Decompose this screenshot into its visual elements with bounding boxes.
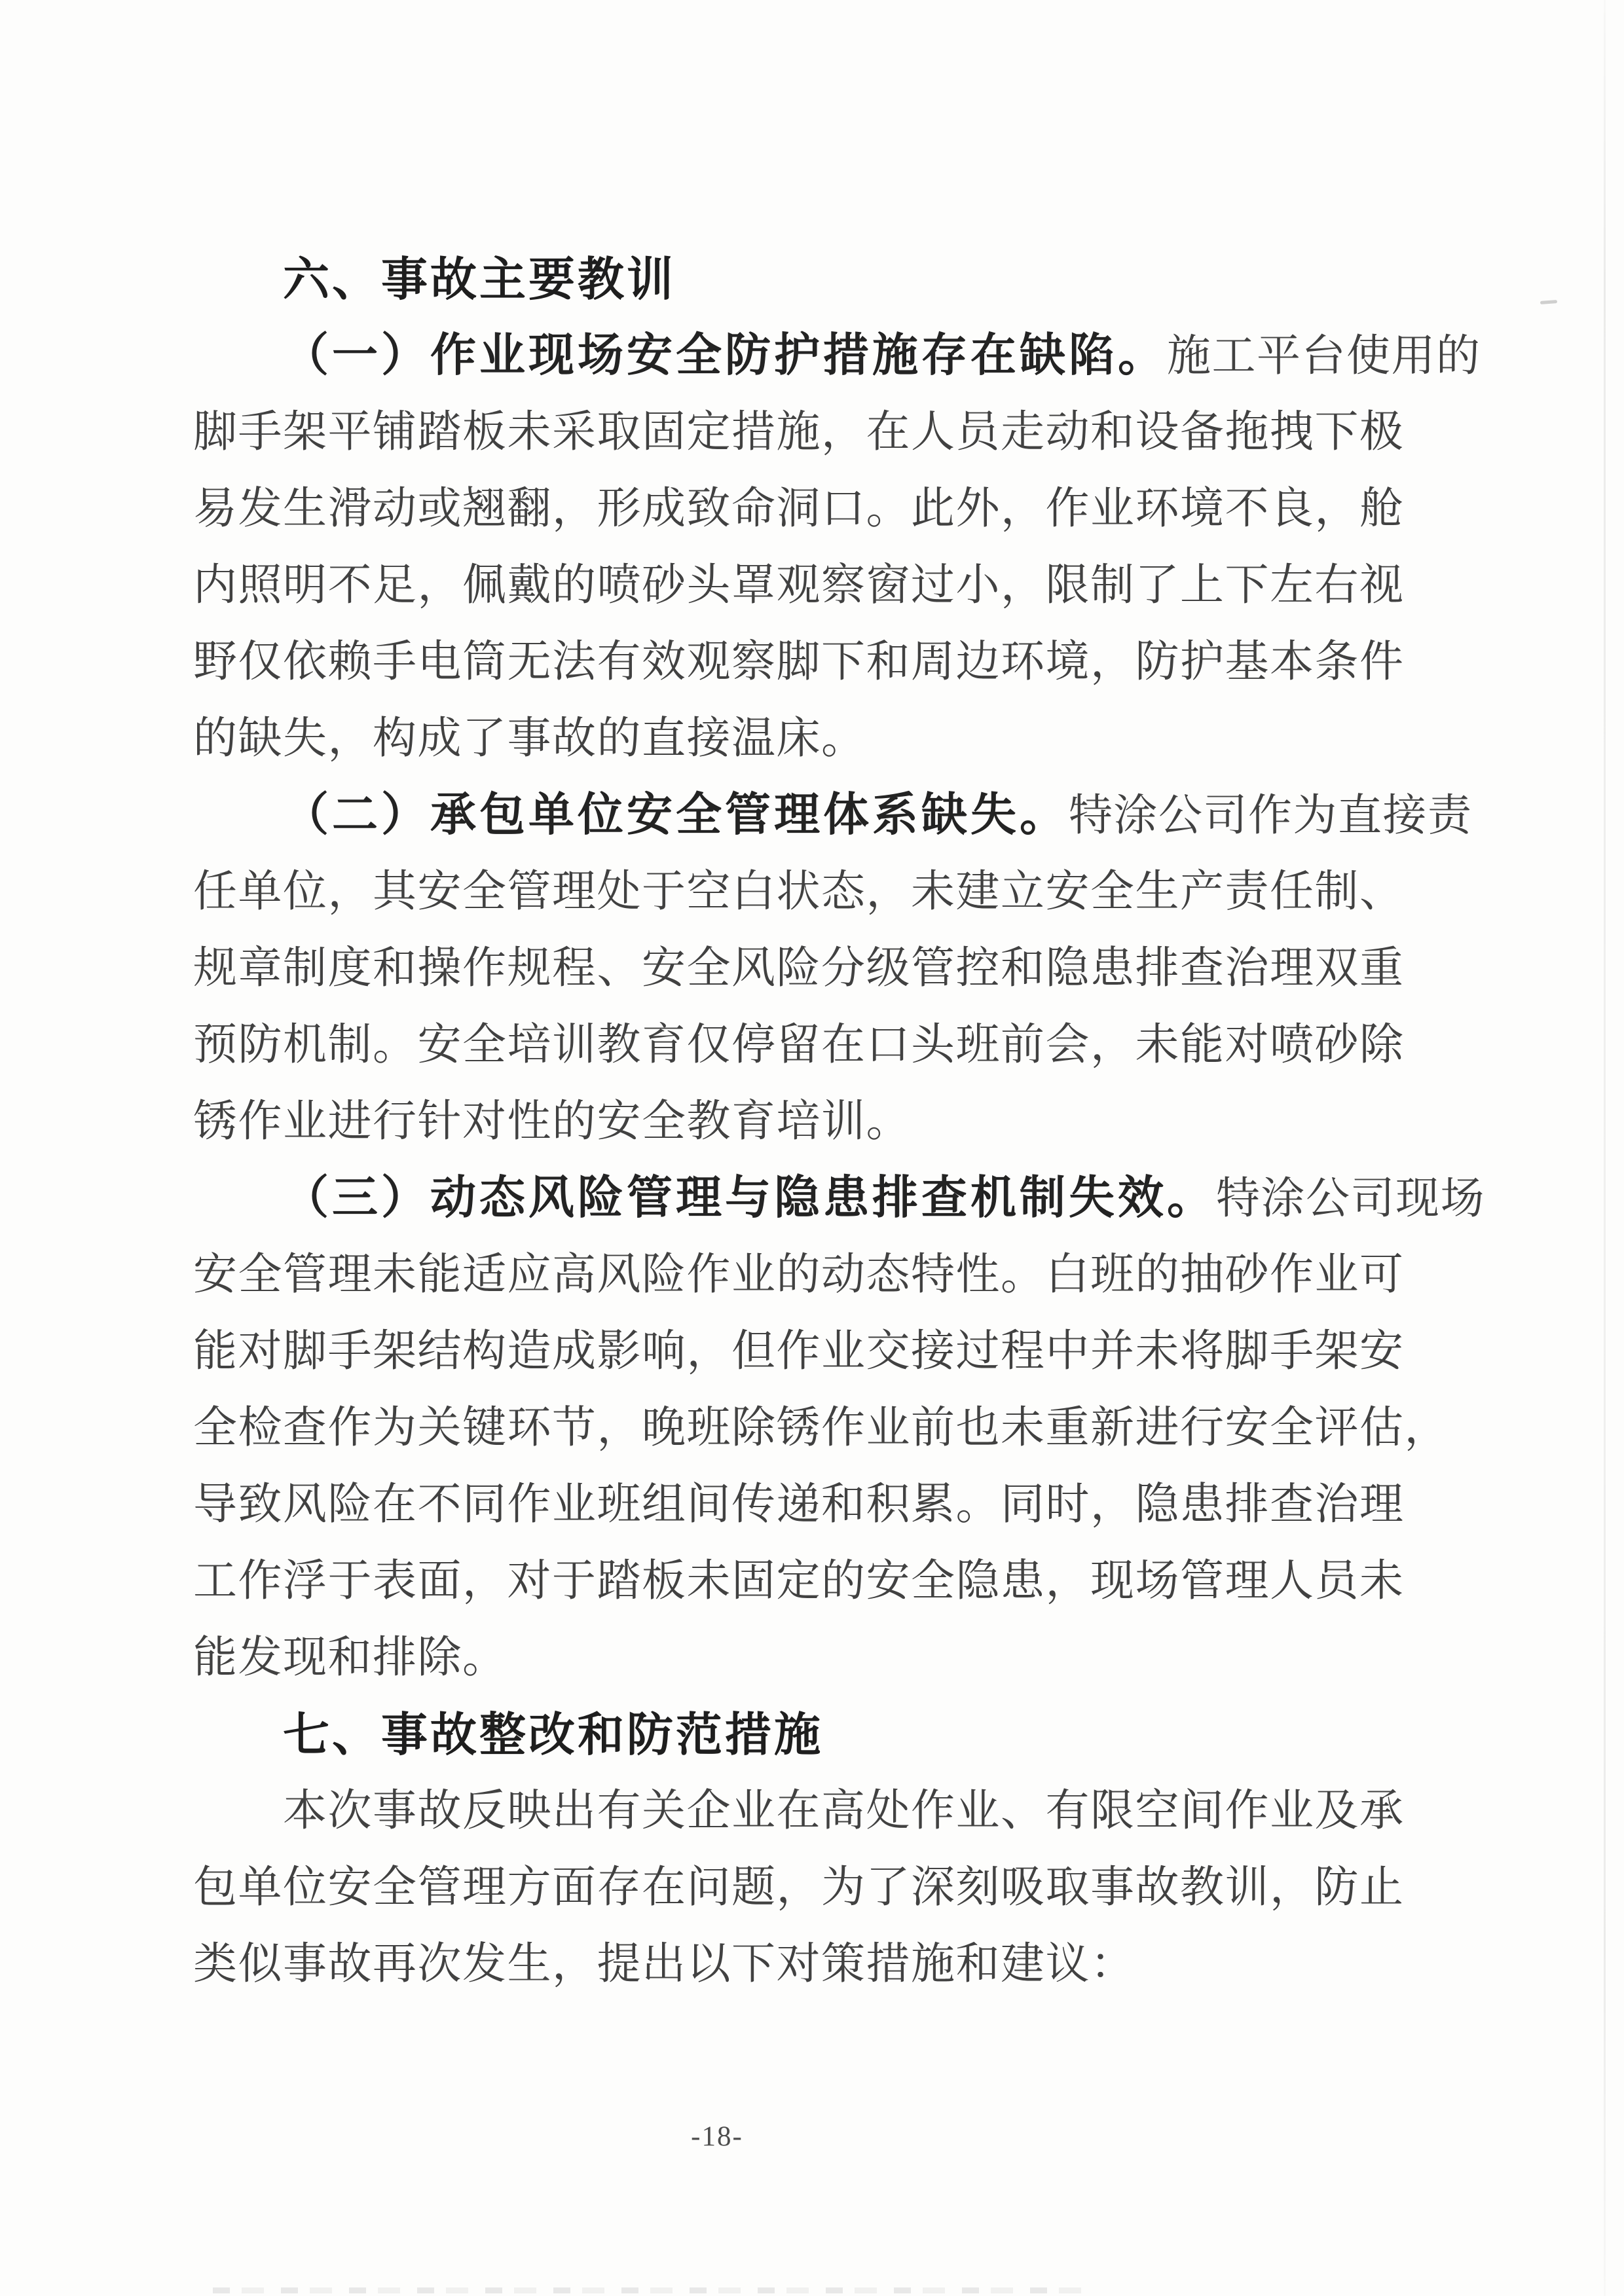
paragraph-line: （三）动态风险管理与隐患排查机制失效。特涂公司现场	[193, 1160, 1408, 1237]
document-body: 六、事故主要教训 （一）作业现场安全防护措施存在缺陷。施工平台使用的 脚手架平铺…	[193, 241, 1408, 2003]
paragraph-line: （一）作业现场安全防护措施存在缺陷。施工平台使用的	[193, 318, 1408, 394]
line-text: 导致风险在不同作业班组间传递和积累。同时，隐患排查治理	[193, 1480, 1405, 1529]
paragraph-line: 任单位，其安全管理处于空白状态，未建立安全生产责任制、	[193, 854, 1408, 930]
line-text: 野仅依赖手电筒无法有效观察脚下和周边环境，防护基本条件	[193, 638, 1405, 686]
paragraph-line: 全检查作为关键环节，晚班除锈作业前也未重新进行安全评估，	[193, 1390, 1408, 1467]
line-text: 能发现和排除。	[193, 1633, 507, 1682]
bold-lead-in: （三）动态风险管理与隐患排查机制失效。	[283, 1173, 1216, 1224]
paragraph-line: 本次事故反映出有关企业在高处作业、有限空间作业及承	[193, 1773, 1408, 1850]
heading-text: 六、事故主要教训	[283, 252, 676, 306]
line-text: 特涂公司现场	[1216, 1175, 1485, 1223]
paragraph-line: 导致风险在不同作业班组间传递和积累。同时，隐患排查治理	[193, 1467, 1408, 1543]
scan-edge-streak	[1604, 0, 1606, 2296]
line-text: 任单位，其安全管理处于空白状态，未建立安全生产责任制、	[193, 867, 1405, 916]
line-text: 易发生滑动或翘翻，形成致命洞口。此外，作业环境不良，舱	[193, 484, 1405, 533]
paragraph-line: 工作浮于表面，对于踏板未固定的安全隐患，现场管理人员未	[193, 1543, 1408, 1620]
page-number: -18-	[661, 2120, 773, 2154]
section-heading-6: 六、事故主要教训	[193, 241, 1408, 318]
paragraph-line: 规章制度和操作规程、安全风险分级管控和隐患排查治理双重	[193, 930, 1408, 1007]
paragraph-line: 锈作业进行针对性的安全教育培训。	[193, 1084, 1408, 1160]
line-text: 特涂公司作为直接责	[1069, 792, 1473, 840]
scan-bottom-artifact	[213, 2287, 1084, 2293]
bold-lead-in: （一）作业现场安全防护措施存在缺陷。	[283, 331, 1167, 381]
line-text: 全检查作为关键环节，晚班除锈作业前也未重新进行安全评估，	[193, 1404, 1449, 1452]
paragraph-line: 野仅依赖手电筒无法有效观察脚下和周边环境，防护基本条件	[193, 624, 1408, 701]
paragraph-line: 预防机制。安全培训教育仅停留在口头班前会，未能对喷砂除	[193, 1007, 1408, 1084]
paragraph-line: 易发生滑动或翘翻，形成致命洞口。此外，作业环境不良，舱	[193, 471, 1408, 547]
section-heading-7: 七、事故整改和防范措施	[193, 1696, 1408, 1773]
line-text: 类似事故再次发生，提出以下对策措施和建议：	[193, 1940, 1135, 1988]
paragraph-line: 能发现和排除。	[193, 1620, 1408, 1696]
heading-text: 七、事故整改和防范措施	[283, 1707, 823, 1762]
paragraph-line: 能对脚手架结构造成影响，但作业交接过程中并未将脚手架安	[193, 1313, 1408, 1390]
paragraph-line: （二）承包单位安全管理体系缺失。特涂公司作为直接责	[193, 777, 1408, 854]
line-text: 工作浮于表面，对于踏板未固定的安全隐患，现场管理人员未	[193, 1557, 1405, 1605]
scan-smudge	[1540, 300, 1557, 304]
line-text: 内照明不足，佩戴的喷砂头罩观察窗过小，限制了上下左右视	[193, 561, 1405, 610]
paragraph-line: 脚手架平铺踏板未采取固定措施，在人员走动和设备拖拽下极	[193, 394, 1408, 471]
paragraph-line: 的缺失，构成了事故的直接温床。	[193, 701, 1408, 777]
line-text: 能对脚手架结构造成影响，但作业交接过程中并未将脚手架安	[193, 1327, 1405, 1376]
line-text: 预防机制。安全培训教育仅停留在口头班前会，未能对喷砂除	[193, 1021, 1405, 1069]
paragraph-line: 包单位安全管理方面存在问题，为了深刻吸取事故教训，防止	[193, 1850, 1408, 1926]
line-text: 本次事故反映出有关企业在高处作业、有限空间作业及承	[283, 1787, 1405, 1835]
line-text: 脚手架平铺踏板未采取固定措施，在人员走动和设备拖拽下极	[193, 408, 1405, 456]
line-text: 包单位安全管理方面存在问题，为了深刻吸取事故教训，防止	[193, 1863, 1405, 1912]
line-text: 锈作业进行针对性的安全教育培训。	[193, 1097, 911, 1146]
line-text: 施工平台使用的	[1167, 332, 1481, 380]
scanned-document-page: 六、事故主要教训 （一）作业现场安全防护措施存在缺陷。施工平台使用的 脚手架平铺…	[0, 0, 1624, 2296]
bold-lead-in: （二）承包单位安全管理体系缺失。	[283, 790, 1069, 841]
paragraph-line: 安全管理未能适应高风险作业的动态特性。白班的抽砂作业可	[193, 1237, 1408, 1313]
paragraph-line: 类似事故再次发生，提出以下对策措施和建议：	[193, 1926, 1408, 2003]
line-text: 安全管理未能适应高风险作业的动态特性。白班的抽砂作业可	[193, 1250, 1405, 1299]
paragraph-line: 内照明不足，佩戴的喷砂头罩观察窗过小，限制了上下左右视	[193, 547, 1408, 624]
line-text: 规章制度和操作规程、安全风险分级管控和隐患排查治理双重	[193, 944, 1405, 993]
line-text: 的缺失，构成了事故的直接温床。	[193, 714, 866, 763]
